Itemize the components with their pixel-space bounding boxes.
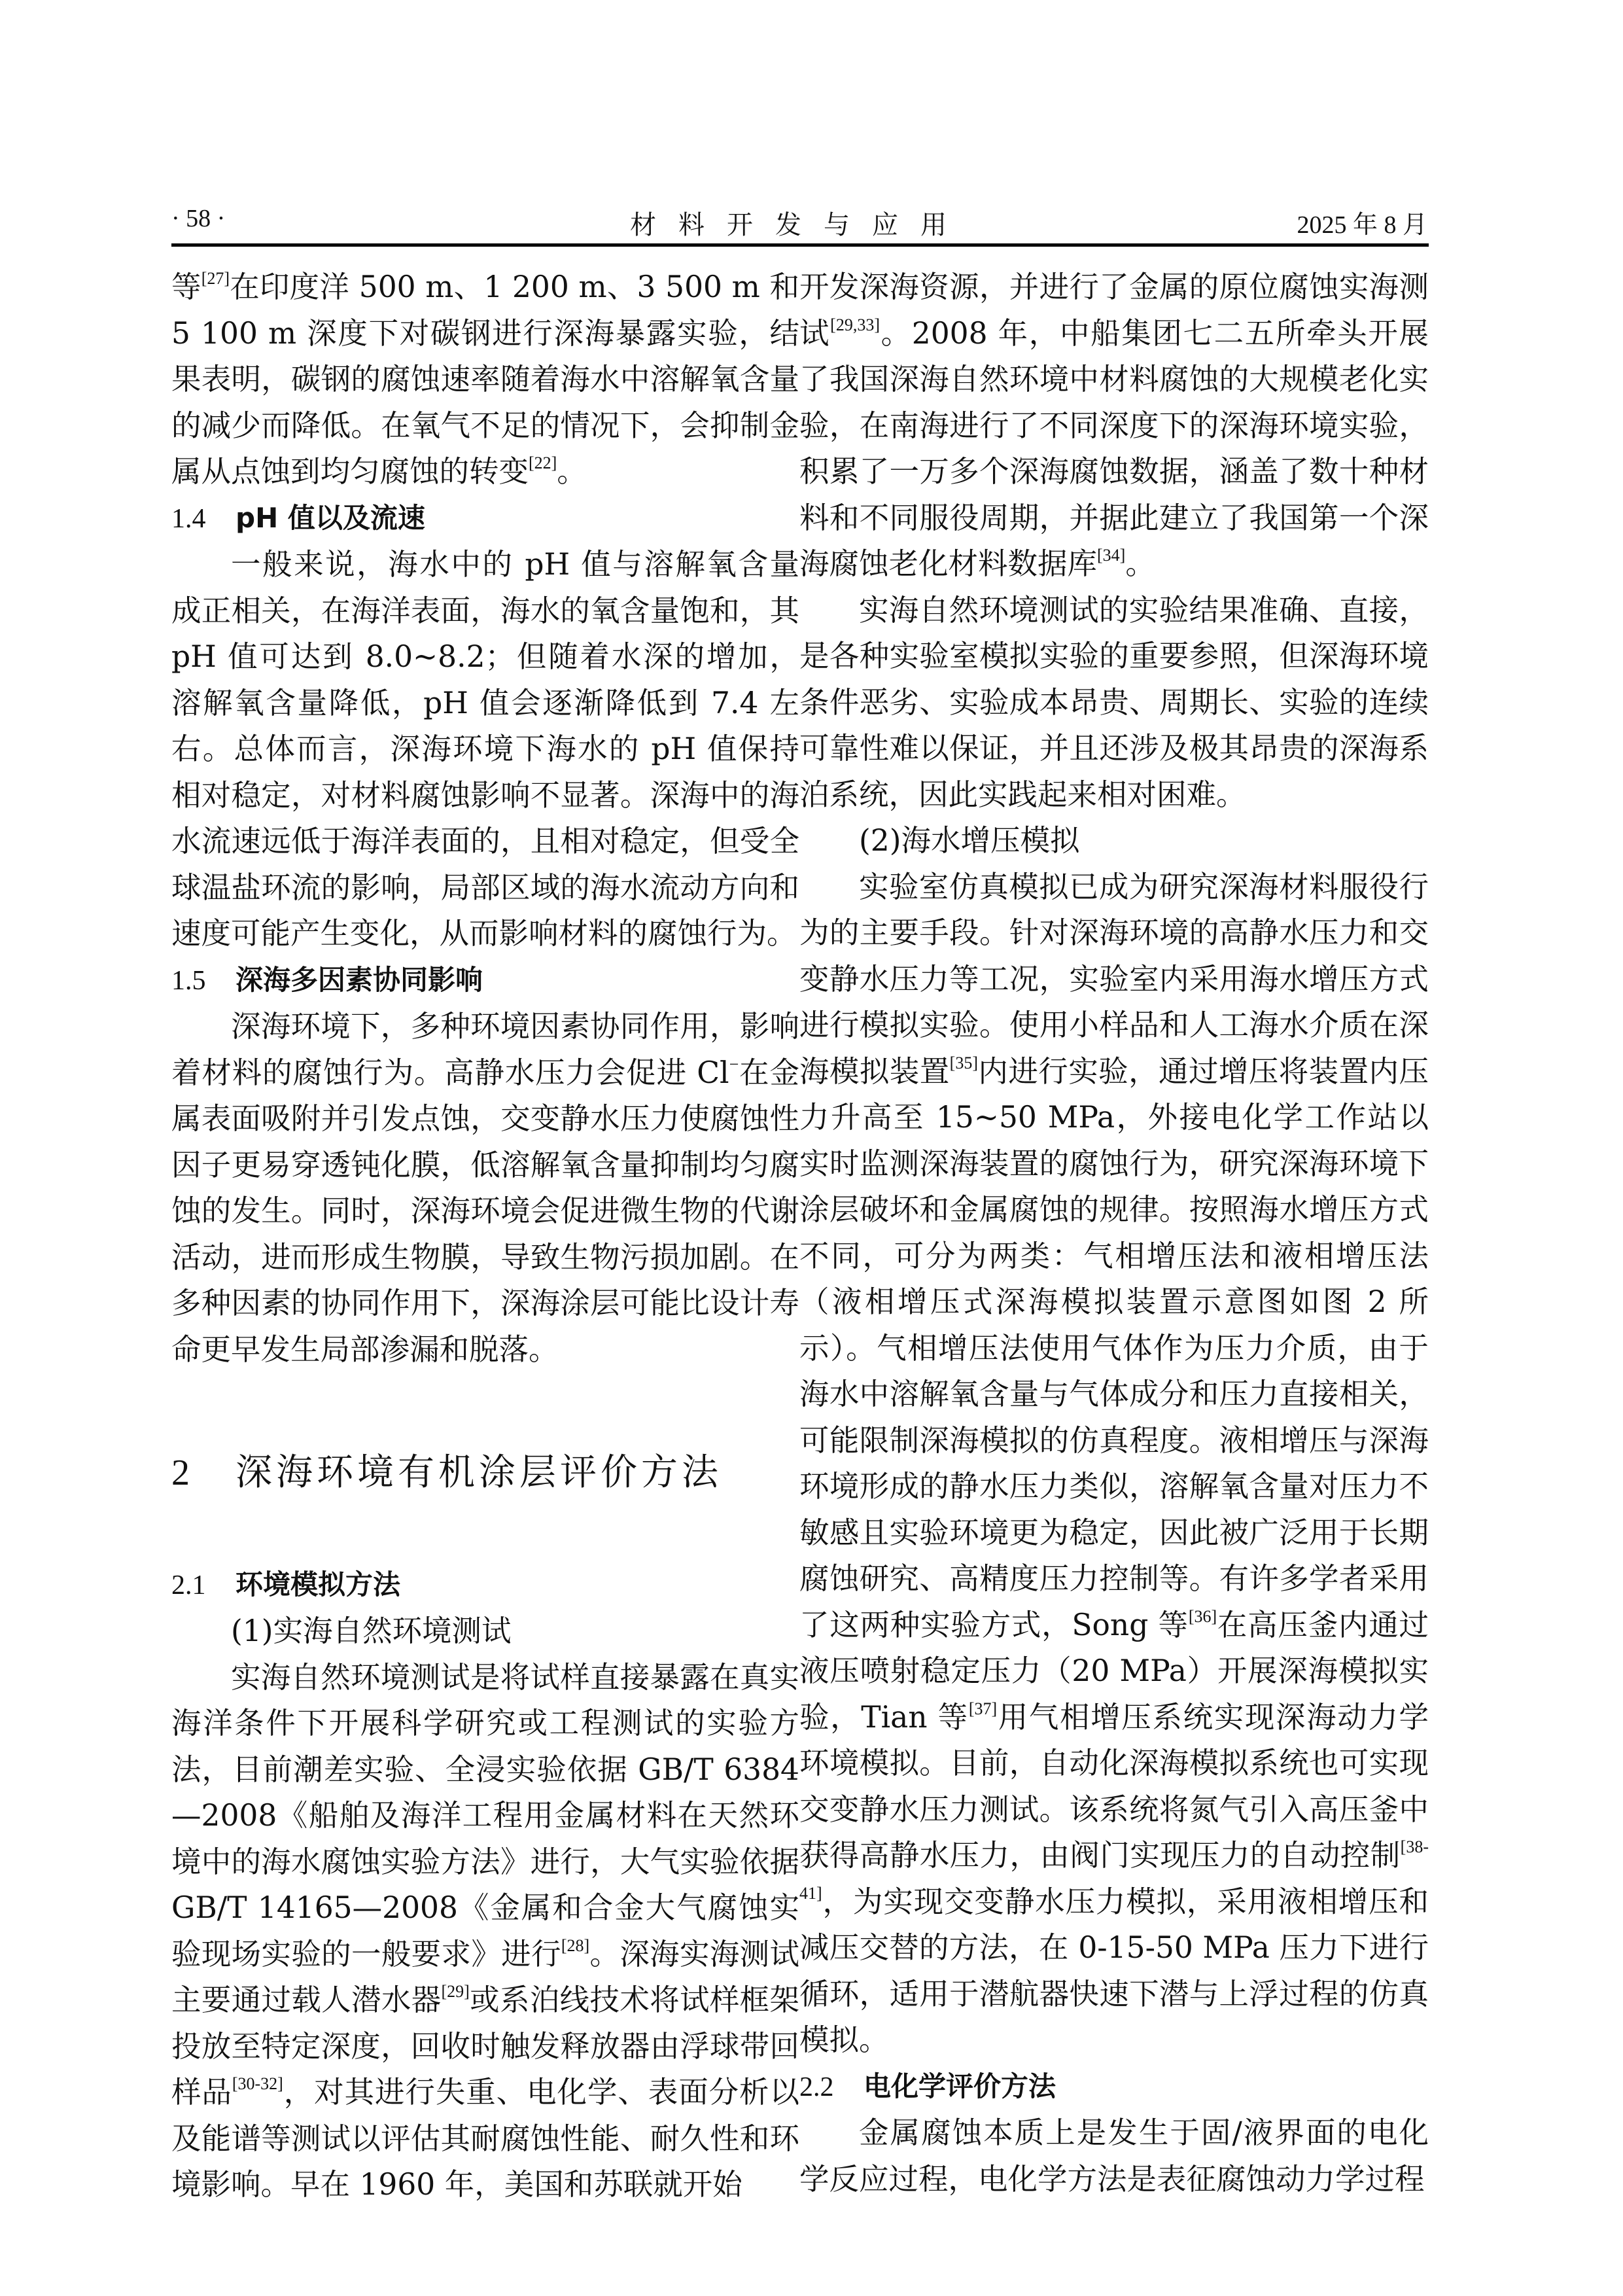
citation: [27] bbox=[201, 269, 230, 288]
section-heading-1-4: 1.4pH 值以及流速 bbox=[171, 495, 799, 542]
citation: [29,33] bbox=[830, 315, 880, 334]
superscript-charge: − bbox=[729, 1055, 739, 1074]
paragraph: 等[27]在印度洋 500 m、1 200 m、3 500 m 和 5 100 … bbox=[171, 264, 799, 495]
section-heading-1-5: 1.5深海多因素协同影响 bbox=[171, 957, 799, 1004]
subsection-label: (1)实海自然环境测试 bbox=[171, 1608, 799, 1655]
right-column: 开发深海资源，并进行了金属的原位腐蚀实海测试[29,33]。2008 年，中船集… bbox=[799, 264, 1429, 2202]
paragraph: 实验室仿真模拟已成为研究深海材料服役行为的主要手段。针对深海环境的高静水压力和交… bbox=[799, 864, 1429, 2064]
citation: [37] bbox=[969, 1699, 997, 1718]
section-heading-2: 2深海环境有机涂层评价方法 bbox=[171, 1450, 799, 1496]
citation: [29] bbox=[442, 1982, 470, 2001]
citation: [36] bbox=[1189, 1607, 1217, 1626]
citation: [28] bbox=[561, 1936, 589, 1955]
citation: [35] bbox=[950, 1053, 978, 1072]
section-heading-2-2: 2.2电化学评价方法 bbox=[799, 2064, 1429, 2111]
running-header: · 58 · 材料开发与应用 2025 年 8 月 bbox=[171, 204, 1427, 243]
citation: [34] bbox=[1097, 546, 1125, 565]
journal-title: 材料开发与应用 bbox=[171, 204, 1427, 241]
paragraph: 深海环境下，多种环境因素协同作用，影响着材料的腐蚀行为。高静水压力会促进 Cl−… bbox=[171, 1004, 799, 1373]
paragraph: 金属腐蚀本质上是发生于固/液界面的电化学反应过程，电化学方法是表征腐蚀动力学过程 bbox=[799, 2110, 1429, 2202]
paragraph: 实海自然环境测试的实验结果准确、直接，是各种实验室模拟实验的重要参照，但深海环境… bbox=[799, 588, 1429, 819]
citation: [22] bbox=[529, 453, 557, 472]
header-rule bbox=[171, 243, 1429, 247]
paragraph: 开发深海资源，并进行了金属的原位腐蚀实海测试[29,33]。2008 年，中船集… bbox=[799, 264, 1429, 588]
citation: [30-32] bbox=[232, 2074, 283, 2093]
issue-date: 2025 年 8 月 bbox=[1297, 204, 1427, 240]
section-heading-2-1: 2.1环境模拟方法 bbox=[171, 1562, 799, 1609]
paragraph: 实海自然环境测试是将试样直接暴露在真实海洋条件下开展科学研究或工程测试的实验方法… bbox=[171, 1655, 799, 2208]
subsection-label: (2)海水增压模拟 bbox=[799, 818, 1429, 864]
left-column: 等[27]在印度洋 500 m、1 200 m、3 500 m 和 5 100 … bbox=[171, 264, 799, 2208]
paragraph: 一般来说，海水中的 pH 值与溶解氧含量成正相关，在海洋表面，海水的氧含量饱和，… bbox=[171, 542, 799, 957]
